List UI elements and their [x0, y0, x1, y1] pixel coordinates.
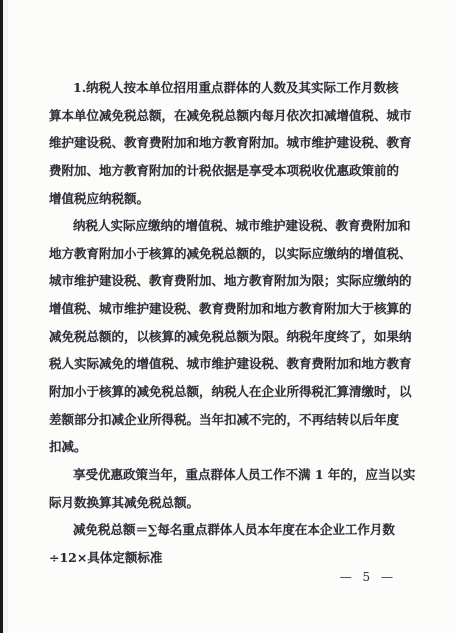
- text-line: 享受优惠政策当年，重点群体人员工作不满 1 年的，应当以实: [49, 461, 393, 489]
- text-line: 地方教育附加小于核算的减免税总额的，以实际应缴纳的增值税、: [49, 240, 393, 268]
- text-line: 城市维护建设税、教育费附加、地方教育附加为限；实际应缴纳的: [49, 267, 393, 295]
- document-body: 1.纳税人按本单位招用重点群体的人数及其实际工作月数核 算本单位减免税总额，在减…: [49, 74, 393, 572]
- text-line: 维护建设税、教育费附加和地方教育附加。城市维护建设税、教育: [49, 129, 393, 157]
- text-line: 际月数换算其减免税总额。: [49, 489, 393, 517]
- paragraph-1: 1.纳税人按本单位招用重点群体的人数及其实际工作月数核 算本单位减免税总额，在减…: [49, 74, 393, 212]
- formula-line: ÷12×具体定额标准: [49, 544, 393, 572]
- document-page: 1.纳税人按本单位招用重点群体的人数及其实际工作月数核 算本单位减免税总额，在减…: [0, 0, 455, 633]
- scan-edge-artifact: [0, 0, 3, 633]
- page-number: — 5 —: [340, 570, 394, 585]
- text-line: 差额部分扣减企业所得税。当年扣减不完的，不再结转以后年度: [49, 406, 393, 434]
- text-line: 扣减。: [49, 433, 393, 461]
- text-line: 附加小于核算的减免税总额，纳税人在企业所得税汇算清缴时，以: [49, 378, 393, 406]
- text-line: 1.纳税人按本单位招用重点群体的人数及其实际工作月数核: [49, 74, 393, 102]
- scan-edge-shadow: [3, 0, 8, 633]
- paragraph-2: 纳税人实际应缴纳的增值税、城市维护建设税、教育费附加和 地方教育附加小于核算的减…: [49, 212, 393, 461]
- text-line: 增值税应纳税额。: [49, 185, 393, 213]
- text-line: 算本单位减免税总额，在减免税总额内每月依次扣减增值税、城市: [49, 102, 393, 130]
- text-line: 税人实际减免的增值税、城市维护建设税、教育费附加和地方教育: [49, 350, 393, 378]
- text-line: 减免税总额的，以核算的减免税总额为限。纳税年度终了，如果纳: [49, 323, 393, 351]
- paragraph-3: 享受优惠政策当年，重点群体人员工作不满 1 年的，应当以实 际月数换算其减免税总…: [49, 461, 393, 516]
- paragraph-formula: 减免税总额＝∑每名重点群体人员本年度在本企业工作月数 ÷12×具体定额标准: [49, 516, 393, 571]
- text-line: 纳税人实际应缴纳的增值税、城市维护建设税、教育费附加和: [49, 212, 393, 240]
- text-line: 增值税、城市维护建设税、教育费附加和地方教育附加大于核算的: [49, 295, 393, 323]
- text-line: 费附加、地方教育附加的计税依据是享受本项税收优惠政策前的: [49, 157, 393, 185]
- formula-line: 减免税总额＝∑每名重点群体人员本年度在本企业工作月数: [49, 516, 393, 544]
